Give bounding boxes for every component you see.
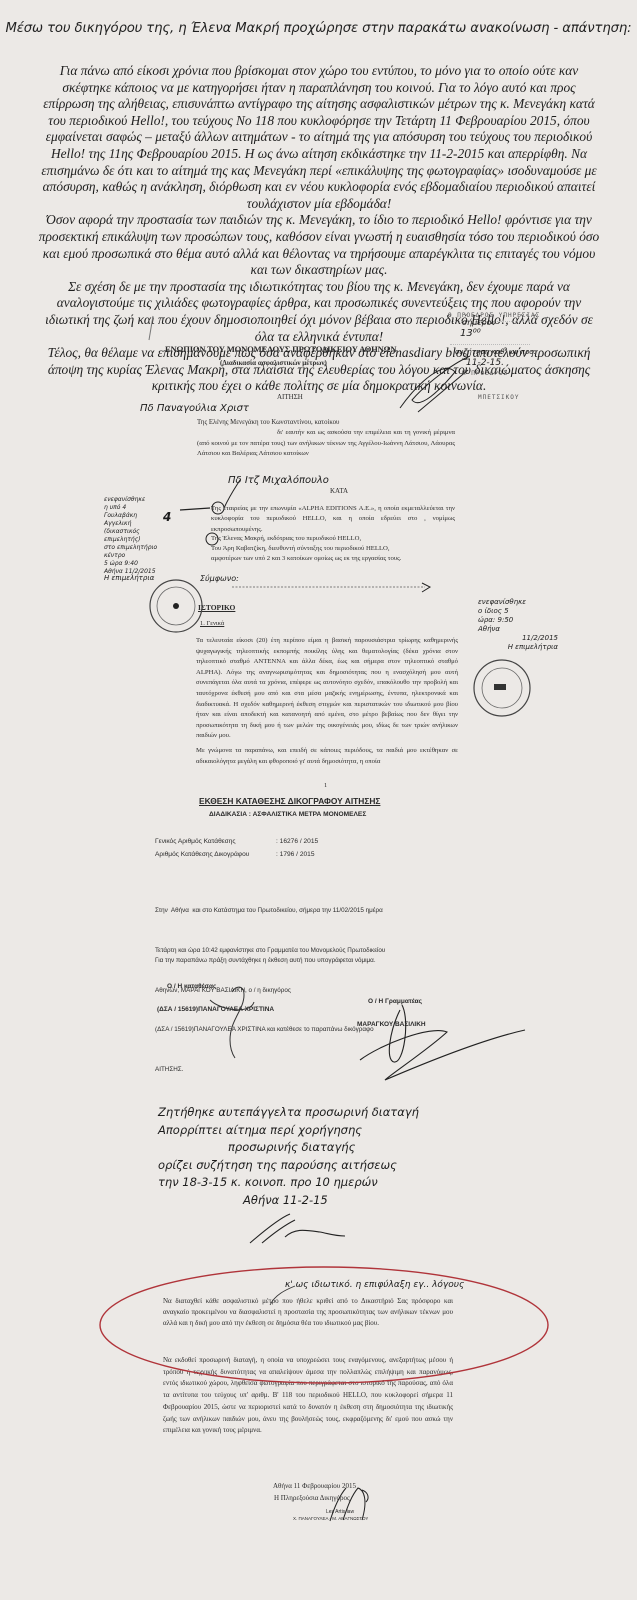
filing-closing: Για την παραπάνω πράξη συντάχθηκε η έκθε… xyxy=(155,957,376,964)
stamp-handwritten-date: 11-2-15. xyxy=(466,358,504,368)
headline: Μέσω του δικηγόρου της, η Έλενα Μακρή πρ… xyxy=(0,21,637,36)
court-seal-right-icon xyxy=(474,660,530,716)
handwritten-ellipse-note: κ' ως ιδιωτικό. η επιφύλαξη εγ.. λόγους xyxy=(285,1280,464,1290)
respondent-2: Της Έλενας Μακρή, εκδότριας του περιοδικ… xyxy=(211,535,361,542)
filing-body: Στην Αθήνα και στο Κατάστημα του Πρωτοδι… xyxy=(155,878,385,1102)
istoriko-subtitle: 1. Γενικά xyxy=(200,620,224,627)
court-header: ΕΝΩΠΙΟΝ ΤΟΥ ΜΟΝΟΜΕΛΟΥΣ ΠΡΩΤΟΔΙΚΕΙΟΥ ΑΘΗΝ… xyxy=(165,344,396,354)
petitioner-text: δι' εαυτήν και ως ασκούσα την επιμέλεια … xyxy=(197,428,455,460)
margin-line: κέντρο xyxy=(104,552,174,560)
margin-line: 5 ώρα 9:40 xyxy=(104,560,174,568)
istoriko-paragraph-1: Τα τελευταία είκοσι (20) έτη περίπου είμ… xyxy=(196,636,458,742)
clerk-label: Ο / Η Γραμματέας xyxy=(368,998,422,1005)
petitioner-line: Της Ελένης Μενεγάκη του Κωνσταντίνου, κα… xyxy=(197,419,339,426)
ruling-line: Ζητήθηκε αυτεπάγγελτα προσωρινή διαταγή xyxy=(158,1104,458,1122)
margin-line: ενεφανίσθηκε xyxy=(478,598,558,607)
respondent-3: Του Άρη Καβατζίκη, διευθυντή σύνταξης το… xyxy=(211,545,390,552)
depositor-label: Ο / Η καταθέσας xyxy=(167,983,216,990)
signature-judge-icon xyxy=(250,1214,345,1243)
stamp-label-name: ΜΠΕΤΣΙΚΟΥ xyxy=(478,394,520,401)
margin-line: 11/2/2015 xyxy=(478,634,558,643)
lawyer-stamp-2: Χ. ΠΑΝΑΓΟΥΛΕΑ - Μ. ΑΝΑΓΝΩΣΤΟΥ xyxy=(293,1516,368,1520)
clerk-name: ΜΑΡΑΓΚΟΥ ΒΑΣΙΛΙΚΗ xyxy=(357,1021,426,1028)
aitisi-title: ΑΙΤΗΣΗ xyxy=(277,393,303,401)
margin-line: ώρα: 9:50 xyxy=(478,616,558,625)
ruling-line: ορίζει συζήτηση της παρούσης αιτήσεως xyxy=(158,1157,458,1175)
lawyer-stamp-1: Lex Artis law xyxy=(326,1509,354,1515)
ruling-line: την 18-3-15 κ. κοινοπ. προ 10 ημερών xyxy=(158,1174,458,1192)
ruling-line: Αθήνα 11-2-15 xyxy=(158,1192,458,1210)
stamp-handwritten-1: σήμερον xyxy=(462,318,496,327)
handwritten-ruling: Ζητήθηκε αυτεπάγγελτα προσωρινή διαταγή … xyxy=(158,1104,458,1209)
page-number: 1 xyxy=(324,782,327,789)
handwritten-kata-note: Πδ Ιτζ Μιχαλόπουλο xyxy=(228,475,329,486)
statement-paragraph: Όσον αφορά την προστασία των παιδιών της… xyxy=(36,212,602,278)
handwritten-number: 4 xyxy=(163,510,171,524)
filing-body-line: ΑΙΤΗΣΗΣ. xyxy=(155,1063,385,1076)
margin-line: Η επιμελήτρια xyxy=(478,643,558,652)
filing-field-value: : 1796 / 2015 xyxy=(276,851,315,858)
filing-body-line: Τετάρτη και ώρα 10:42 εμφανίστηκε στο Γρ… xyxy=(155,944,385,957)
kata-title: ΚΑΤΑ xyxy=(330,487,348,495)
filing-body-line: Στην Αθήνα και στο Κατάστημα του Πρωτοδι… xyxy=(155,904,385,917)
margin-line: στο επιμελητήριο xyxy=(104,544,174,552)
margin-line: ο ίδιος 5 xyxy=(478,607,558,616)
handwritten-right-margin: ενεφανίσθηκε ο ίδιος 5 ώρα: 9:50 Αθήνα 1… xyxy=(478,598,558,652)
court-seal-left-icon xyxy=(150,580,202,632)
stamp-handwritten-2: 13⁰⁰ xyxy=(460,328,481,339)
depositor-name: (ΔΣΑ / 15619)ΠΑΝΑΓΟΥΛΕΑ ΧΡΙΣΤΙΝΑ xyxy=(157,1006,274,1013)
filing-body-line: (ΔΣΑ / 15619)ΠΑΝΑΓΟΥΛΕΑ ΧΡΙΣΤΙΝΑ και κατ… xyxy=(155,1023,385,1036)
procedure-label: (Διαδικασία ασφαλιστικών μέτρων) xyxy=(220,359,327,367)
stamp-label-president: Η ΠΡΟΕΔΡΟΣ xyxy=(462,370,508,377)
lawyer-title: Η Πληρεξούσια Δικηγόρος xyxy=(274,1494,350,1502)
margin-line: (δικαστικός xyxy=(104,528,174,536)
place-date: Αθήνα 11 Φεβρουαρίου 2015 xyxy=(273,1482,356,1490)
handwritten-synfono: Σύμφωνο: xyxy=(200,574,239,583)
statement-paragraph: Για πάνω από είκοσι χρόνια που βρίσκομαι… xyxy=(36,63,602,212)
filing-field-label: Γενικός Αριθμός Κατάθεσης xyxy=(155,838,236,845)
filing-field-value: : 16276 / 2015 xyxy=(276,838,318,845)
margin-line: Αθήνα xyxy=(478,625,558,634)
circled-paragraph: Να διαταχθεί κάθε ασφαλιστικό μέτρο που … xyxy=(163,1296,453,1329)
respondents-tail: αμφοτέρων των υπό 2 και 3 κατοίκων ομοίω… xyxy=(211,555,401,562)
stamp-handwritten-3: συζήτηση καθ' ων προ. xyxy=(455,348,536,356)
margin-line: επιμελητής) xyxy=(104,536,174,544)
respondent-1: Της εταιρείας με την επωνυμία «ALPHA EDI… xyxy=(211,504,455,535)
handwritten-left-margin: ενεφανίσθηκε η υπό 4 Γουλαβάκη Αγγελική … xyxy=(104,496,174,576)
handwritten-recipient: Πδ Παναγούλια Χριστ xyxy=(140,403,249,414)
istoriko-title: ΙΣΤΟΡΙΚΟ xyxy=(198,603,235,612)
istoriko-paragraph-2: Με γνώμονα τα παραπάνω, και επειδή σε κά… xyxy=(196,746,458,767)
handwritten-left-sign: Η επιμελήτρια xyxy=(104,574,154,582)
margin-line: ενεφανίσθηκε xyxy=(104,496,174,504)
filing-field-label: Αριθμός Κατάθεσης Δικογράφου xyxy=(155,851,249,858)
filing-title: ΕΚΘΕΣΗ ΚΑΤΑΘΕΣΗΣ ΔΙΚΟΓΡΑΦΟΥ ΑΙΤΗΣΗΣ xyxy=(199,796,380,806)
filing-subtitle: ΔΙΑΔΙΚΑΣΙΑ : ΑΣΦΑΛΙΣΤΙΚΑ ΜΕΤΡΑ ΜΟΝΟΜΕΛΕΣ xyxy=(209,811,366,818)
ruling-line: Απορρίπτει αίτημα περί χορήγησης xyxy=(158,1122,458,1140)
order-paragraph: Να εκδοθεί προσωρινή διαταγή, η οποία να… xyxy=(163,1355,453,1437)
ruling-line: προσωρινής διαταγής xyxy=(158,1139,458,1157)
